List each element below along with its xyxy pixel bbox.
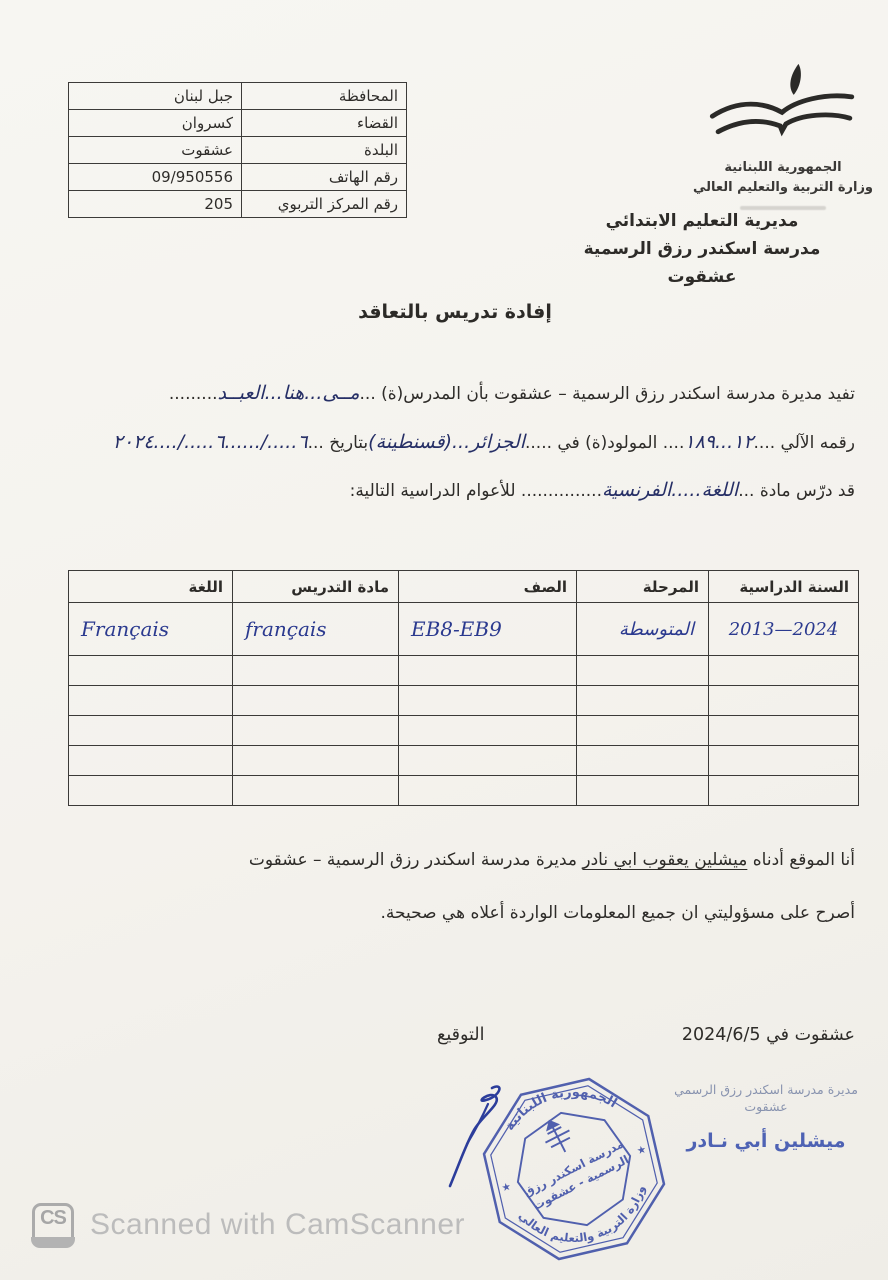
body-line-3: قد درّس مادة ...اللغة.....الفرنسية......… (53, 479, 855, 501)
cell-stage: المتوسطة (577, 603, 709, 656)
principal-title-line: مديرة مدرسة اسكندر رزق الرسمي (648, 1082, 884, 1097)
body-line-1: تفيد مديرة مدرسة اسكندر رزق الرسمية – عش… (53, 382, 855, 404)
handwritten-birthplace: الجزائر...(قسنطينة) (368, 431, 525, 453)
handwritten-teacher-name: مــى...هنا...العبــد (218, 382, 360, 404)
page-title: إفادة تدريس بالتعاقد (295, 301, 615, 323)
empty-row (69, 776, 859, 806)
info-label-center-number: رقم المركز التربوي (242, 191, 407, 218)
info-label-governorate: المحافظة (242, 83, 407, 110)
teaching-record-table: السنة الدراسية المرحلة الصف مادة التدريس… (68, 570, 859, 806)
camscanner-watermark: CS Scanned with CamScanner (32, 1203, 465, 1247)
body-line-2: رقمه الآلي ....١٢...١٨٩.... المولود(ة) ف… (53, 431, 855, 453)
empty-row (69, 746, 859, 776)
print-text: بتاريخ ... (308, 433, 369, 453)
signature-label: التوقيع (437, 1025, 484, 1045)
empty-row (69, 686, 859, 716)
print-text: قد درّس مادة ... (738, 481, 855, 501)
principal-block: مديرة مدرسة اسكندر رزق الرسمي عشقوت ميشل… (648, 1082, 884, 1152)
cell-subject: français (233, 603, 399, 656)
info-value-district: كسروان (69, 110, 242, 137)
info-label-district: القضاء (242, 110, 407, 137)
table-row: البلدة عشقوت (69, 137, 407, 164)
info-value-town: عشقوت (69, 137, 242, 164)
table-row: رقم الهاتف 09/950556 (69, 164, 407, 191)
cs-badge-bar (31, 1237, 74, 1248)
principal-town-line: عشقوت (648, 1099, 884, 1114)
empty-row (69, 716, 859, 746)
table-header-row: السنة الدراسية المرحلة الصف مادة التدريس… (69, 571, 859, 603)
phone-number: 09/950556 (152, 168, 233, 186)
stamp-star-left: ★ (500, 1181, 512, 1195)
table-row: 2013—2024 المتوسطة EB8-EB9 français Fran… (69, 603, 859, 656)
cell-language: Français (69, 603, 233, 656)
declaration-line-1: أنا الموقع أدناه ميشلين يعقوب ابي نادر م… (53, 850, 855, 870)
cell-year: 2013—2024 (709, 603, 859, 656)
directorate-line: مديرية التعليم الابتدائي (552, 207, 852, 235)
print-text: ............... للأعوام الدراسية التالية… (350, 481, 602, 501)
ministry-logo-block: الجمهورية اللبنانية وزارة التربية والتعل… (688, 62, 878, 210)
declaration-line-2: أصرح على مسؤوليتي ان جميع المعلومات الوا… (53, 903, 855, 923)
ministry-name-line: وزارة التربية والتعليم العالي (688, 178, 878, 198)
print-text: .... المولود(ة) في ..... (525, 433, 684, 453)
cedar-tree-icon (538, 1115, 578, 1158)
principal-name-underlined: ميشلين يعقوب ابي نادر (582, 850, 747, 870)
info-value-governorate: جبل لبنان (69, 83, 242, 110)
empty-row (69, 656, 859, 686)
cs-badge-letters: CS (35, 1207, 71, 1230)
admin-info-table: المحافظة جبل لبنان القضاء كسروان البلدة … (68, 82, 407, 218)
info-label-town: البلدة (242, 137, 407, 164)
col-header-grade: الصف (399, 571, 577, 603)
open-book-flame-icon (698, 62, 868, 154)
col-header-stage: المرحلة (577, 571, 709, 603)
dotted-leader: ......... (169, 384, 218, 404)
table-row: رقم المركز التربوي 205 (69, 191, 407, 218)
info-label-phone: رقم الهاتف (242, 164, 407, 191)
print-text: مديرة مدرسة اسكندر رزق الرسمية – عشقوت (249, 850, 583, 870)
cell-grade: EB8-EB9 (399, 603, 577, 656)
handwritten-id-number: ١٢...١٨٩ (684, 431, 753, 453)
school-name-line: مدرسة اسكندر رزق الرسمية عشقوت (552, 235, 852, 291)
col-header-language: اللغة (69, 571, 233, 603)
principal-name: ميشلين أبي نـادر (648, 1130, 884, 1152)
ministry-country-line: الجمهورية اللبنانية (688, 158, 878, 178)
col-header-year: السنة الدراسية (709, 571, 859, 603)
watermark-text: Scanned with CamScanner (90, 1208, 465, 1242)
scanned-document-page: { "info_table": { "rows": [ {"label": "ا… (0, 0, 888, 1280)
info-value-phone: 09/950556 (69, 164, 242, 191)
info-value-center-number: 205 (69, 191, 242, 218)
col-header-subject: مادة التدريس (233, 571, 399, 603)
print-text: أنا الموقع أدناه (747, 850, 855, 870)
handwritten-birthdate: ٦...../......٦...../....٢٠٢٤ (113, 431, 308, 453)
place-date: عشقوت في 2024/6/5 (682, 1025, 855, 1045)
table-row: القضاء كسروان (69, 110, 407, 137)
print-text: تفيد مديرة مدرسة اسكندر رزق الرسمية – عش… (360, 384, 855, 404)
school-header: مديرية التعليم الابتدائي مدرسة اسكندر رز… (552, 207, 852, 291)
stamp-star-right: ★ (636, 1143, 648, 1157)
print-text: رقمه الآلي .... (754, 433, 855, 453)
camscanner-icon: CS (32, 1203, 74, 1247)
table-row: المحافظة جبل لبنان (69, 83, 407, 110)
handwritten-subject: اللغة.....الفرنسية (602, 479, 738, 501)
